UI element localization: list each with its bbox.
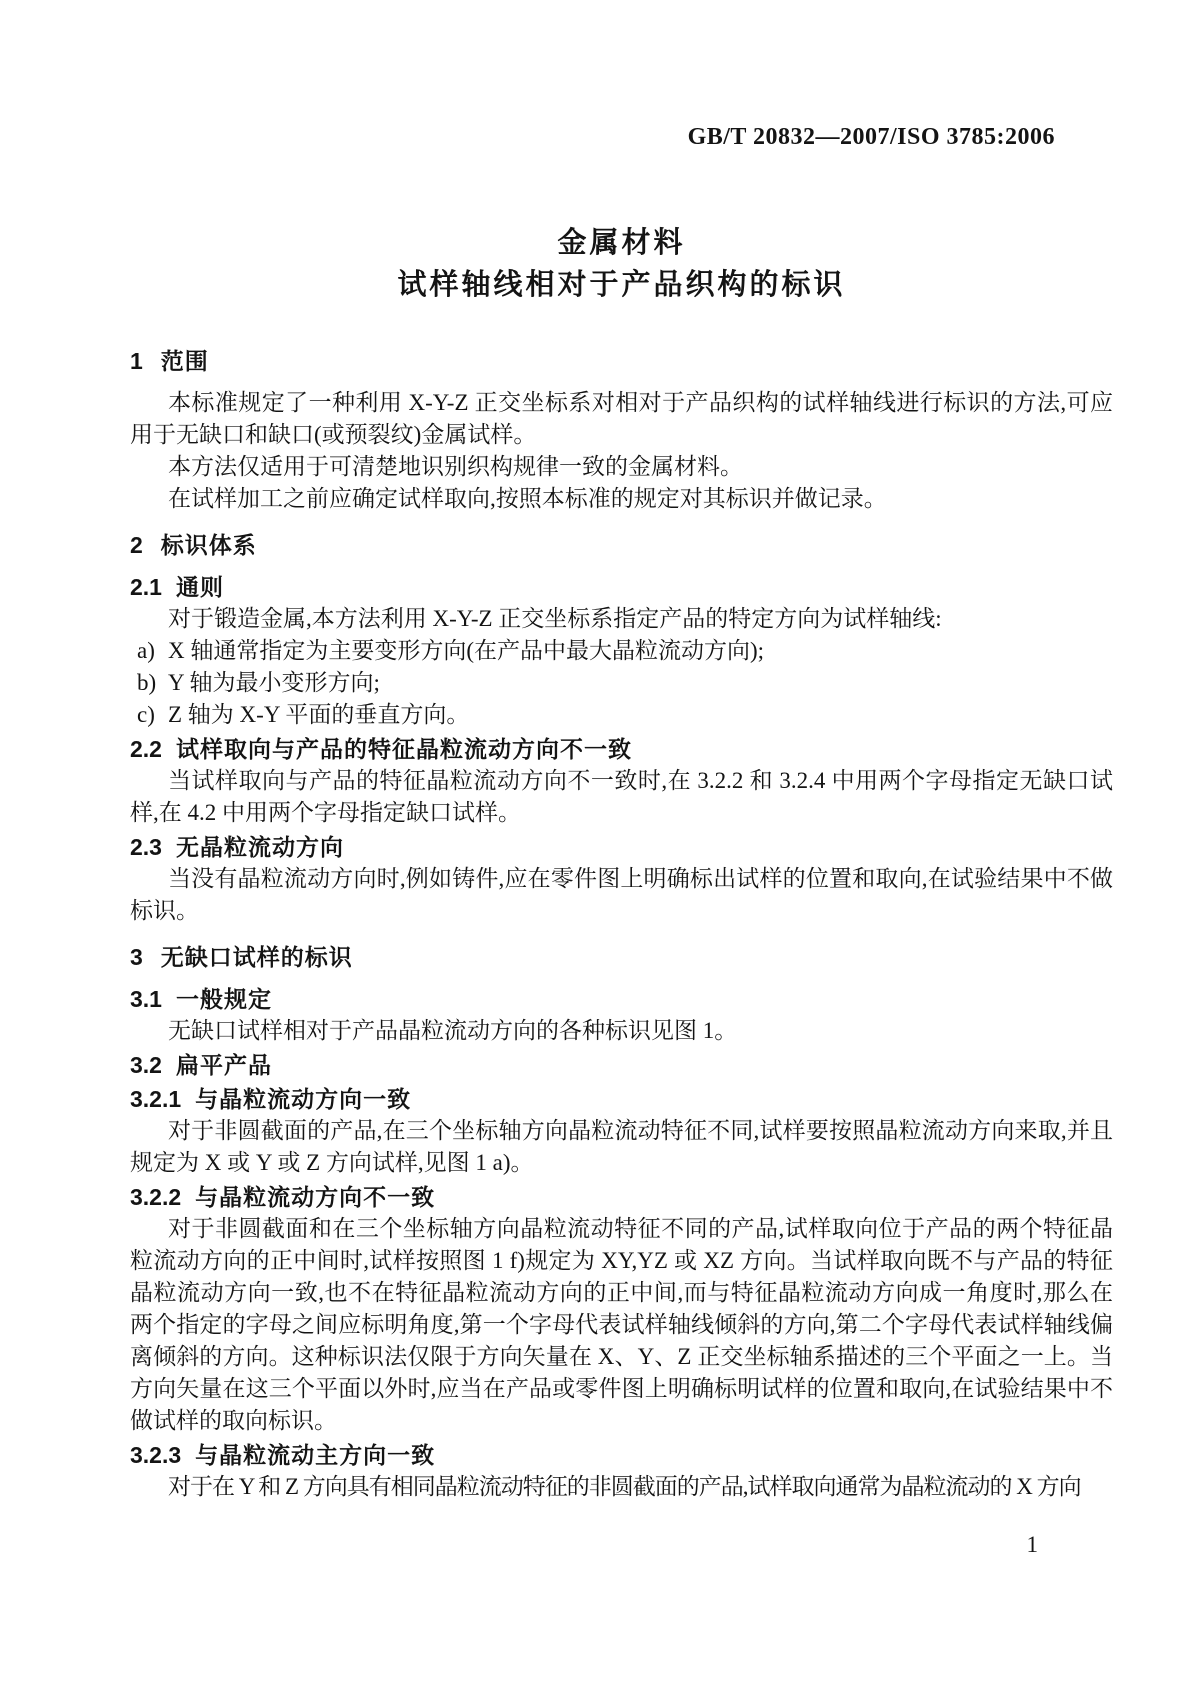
list-item-label: c): [137, 699, 155, 731]
clause-title: 范围: [161, 348, 209, 374]
clause-number: 3.2.3: [130, 1439, 181, 1471]
document-title-line1: 金属材料: [130, 222, 1113, 264]
clause-title: 与晶粒流动方向不一致: [195, 1184, 435, 1210]
document-title-line2: 试样轴线相对于产品织构的标识: [130, 264, 1113, 306]
clause-2-3-heading: 2.3无晶粒流动方向: [130, 831, 1113, 863]
clause-title: 一般规定: [176, 986, 272, 1012]
clause-3-1-heading: 3.1一般规定: [130, 983, 1113, 1015]
clause-3-2-3-paragraph-1: 对于在 Y 和 Z 方向具有相同晶粒流动特征的非圆截面的产品,试样取向通常为晶粒…: [130, 1471, 1113, 1503]
clause-number: 3.2: [130, 1049, 162, 1081]
clause-1-paragraph-3: 在试样加工之前应确定试样取向,按照本标准的规定对其标识并做记录。: [130, 483, 1113, 515]
document-page: GB/T 20832—2007/ISO 3785:2006 金属材料 试样轴线相…: [0, 0, 1191, 1684]
list-item-a: a)X 轴通常指定为主要变形方向(在产品中最大晶粒流动方向);: [130, 635, 1113, 667]
clause-title: 扁平产品: [176, 1052, 272, 1078]
clause-number: 3: [130, 941, 143, 973]
clause-1-heading: 1范围: [130, 345, 1113, 377]
clause-title: 与晶粒流动主方向一致: [195, 1442, 435, 1468]
clause-2-3-paragraph-1: 当没有晶粒流动方向时,例如铸件,应在零件图上明确标出试样的位置和取向,在试验结果…: [130, 863, 1113, 927]
standard-code: GB/T 20832—2007/ISO 3785:2006: [130, 124, 1113, 150]
list-item-b: b)Y 轴为最小变形方向;: [130, 667, 1113, 699]
clause-2-2-paragraph-1: 当试样取向与产品的特征晶粒流动方向不一致时,在 3.2.2 和 3.2.4 中用…: [130, 765, 1113, 829]
list-item-c: c)Z 轴为 X-Y 平面的垂直方向。: [130, 699, 1113, 731]
clause-title: 与晶粒流动方向一致: [195, 1086, 411, 1112]
clause-2-2-heading: 2.2试样取向与产品的特征晶粒流动方向不一致: [130, 733, 1113, 765]
clause-title: 试样取向与产品的特征晶粒流动方向不一致: [176, 736, 632, 762]
clause-number: 3.2.2: [130, 1181, 181, 1213]
clause-number: 1: [130, 345, 143, 377]
clause-1-paragraph-1: 本标准规定了一种利用 X-Y-Z 正交坐标系对相对于产品织构的试样轴线进行标识的…: [130, 387, 1113, 451]
list-item-text: X 轴通常指定为主要变形方向(在产品中最大晶粒流动方向);: [168, 638, 764, 663]
clause-3-heading: 3无缺口试样的标识: [130, 941, 1113, 973]
clause-3-2-1-paragraph-1: 对于非圆截面的产品,在三个坐标轴方向晶粒流动特征不同,试样要按照晶粒流动方向来取…: [130, 1115, 1113, 1179]
clause-number: 3.2.1: [130, 1083, 181, 1115]
clause-3-2-heading: 3.2扁平产品: [130, 1049, 1113, 1081]
clause-3-2-2-paragraph-1: 对于非圆截面和在三个坐标轴方向晶粒流动特征不同的产品,试样取向位于产品的两个特征…: [130, 1213, 1113, 1437]
clause-3-1-paragraph-1: 无缺口试样相对于产品晶粒流动方向的各种标识见图 1。: [130, 1015, 1113, 1047]
clause-number: 3.1: [130, 983, 162, 1015]
clause-number: 2.1: [130, 571, 162, 603]
clause-3-2-2-heading: 3.2.2与晶粒流动方向不一致: [130, 1181, 1113, 1213]
clause-number: 2: [130, 529, 143, 561]
clause-1-paragraph-2: 本方法仅适用于可清楚地识别织构规律一致的金属材料。: [130, 451, 1113, 483]
clause-3-2-3-heading: 3.2.3与晶粒流动主方向一致: [130, 1439, 1113, 1471]
clause-title: 无晶粒流动方向: [176, 834, 344, 860]
clause-number: 2.2: [130, 733, 162, 765]
clause-title: 无缺口试样的标识: [161, 944, 353, 970]
clause-2-1-paragraph-1: 对于锻造金属,本方法利用 X-Y-Z 正交坐标系指定产品的特定方向为试样轴线:: [130, 603, 1113, 635]
clause-3-2-1-heading: 3.2.1与晶粒流动方向一致: [130, 1083, 1113, 1115]
page-number: 1: [1027, 1531, 1039, 1559]
clause-title: 标识体系: [161, 532, 257, 558]
list-item-label: b): [137, 667, 156, 699]
page-content: GB/T 20832—2007/ISO 3785:2006 金属材料 试样轴线相…: [0, 124, 1191, 1503]
list-item-text: Z 轴为 X-Y 平面的垂直方向。: [168, 702, 469, 727]
clause-title: 通则: [176, 574, 224, 600]
list-item-label: a): [137, 635, 155, 667]
list-item-text: Y 轴为最小变形方向;: [168, 670, 380, 695]
clause-2-heading: 2标识体系: [130, 529, 1113, 561]
clause-number: 2.3: [130, 831, 162, 863]
clause-2-1-heading: 2.1通则: [130, 571, 1113, 603]
document-title: 金属材料 试样轴线相对于产品织构的标识: [130, 222, 1113, 306]
